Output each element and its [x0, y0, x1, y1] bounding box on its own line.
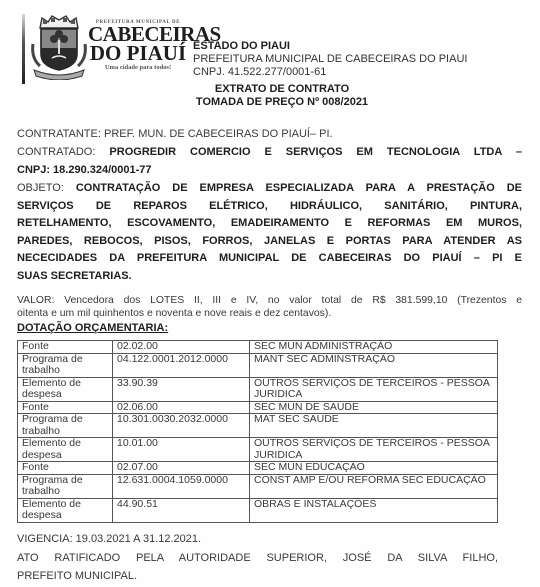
- budget-row: Elemento de despesa10.01.00OUTROS SERVIÇ…: [18, 438, 498, 462]
- contratante-value: PREF. MUN. DE CABECEIRAS DO PIAUÍ– PI.: [104, 128, 333, 140]
- valor-line1: VALOR: Vencedora dos LOTES II, III e IV,…: [17, 294, 522, 307]
- valor-block: VALOR: Vencedora dos LOTES II, III e IV,…: [17, 294, 522, 320]
- budget-row: Programa de trabalho12.631.0004.1059.000…: [18, 474, 498, 498]
- document-title: EXTRATO DE CONTRATO: [12, 83, 540, 95]
- objeto-text-5: SUAS SECRETARIAS.: [17, 270, 132, 282]
- budget-row: Fonte02.07.00SEC MUN EDUCAÇÃO: [18, 462, 498, 475]
- budget-description: OUTROS SERVIÇOS DE TERCEIROS - PESSOA JU…: [250, 438, 498, 462]
- budget-code: 02.02.00: [113, 341, 250, 354]
- contratado-cnpj: CNPJ: 18.290.324/0001-77: [17, 164, 152, 176]
- budget-description: MANT SEC ADMINSTRAÇÃO: [250, 353, 498, 377]
- ato-ratificado: ATO RATIFICADO PELA AUTORIDADE SUPERIOR,…: [17, 550, 498, 585]
- budget-code: 02.06.00: [113, 401, 250, 414]
- objeto-label: OBJETO:: [17, 182, 64, 194]
- budget-row: Programa de trabalho10.301.0030.2032.000…: [18, 414, 498, 438]
- budget-table: Fonte02.02.00SEC MUN ADMINISTRAÇÃOProgra…: [17, 340, 498, 523]
- budget-label: Fonte: [18, 341, 113, 354]
- vigencia: VIGENCIA: 19.03.2021 A 31.12.2021.: [17, 533, 201, 545]
- budget-code: 33.90.39: [113, 377, 250, 401]
- contratado-line1: CONTRATADO: PROGREDIR COMERCIO E SERVIÇO…: [17, 144, 522, 162]
- budget-label: Elemento de despesa: [18, 438, 113, 462]
- objeto-text-1: SERVIÇOS DE REPAROS ELÉTRICO, HIDRÁULICO…: [17, 200, 522, 212]
- budget-description: SEC MUN EDUCAÇÃO: [250, 462, 498, 475]
- budget-description: MAT SEC SAUDE: [250, 414, 498, 438]
- objeto-text-0: CONTRATAÇÃO DE EMPRESA ESPECIALIZADA PAR…: [76, 182, 522, 194]
- coat-of-arms-icon: [30, 14, 88, 80]
- contratado-block: CONTRATADO: PROGREDIR COMERCIO E SERVIÇO…: [17, 144, 522, 179]
- prefeitura-cnpj: CNPJ. 41.522.277/0001-61: [193, 66, 467, 79]
- budget-code: 02.07.00: [113, 462, 250, 475]
- budget-row: Fonte02.02.00SEC MUN ADMINISTRAÇÃO: [18, 341, 498, 354]
- logo-divider-bar: [22, 14, 25, 84]
- contratado-label: CONTRATADO:: [17, 146, 95, 158]
- budget-description: OBRAS E INSTALAÇÕES: [250, 498, 498, 522]
- budget-label: Programa de trabalho: [18, 414, 113, 438]
- budget-label: Fonte: [18, 401, 113, 414]
- budget-code: 10.01.00: [113, 438, 250, 462]
- budget-label: Elemento de despesa: [18, 498, 113, 522]
- budget-row: Programa de trabalho04.122.0001.2012.000…: [18, 353, 498, 377]
- logo-name-line2: DO PIAUÍ: [88, 44, 188, 63]
- document-page: PREFEITURA MUNICIPAL DE CABECEIRAS DO PI…: [0, 0, 540, 587]
- budget-label: Fonte: [18, 462, 113, 475]
- budget-description: CONST AMP E/OU REFORMA SEC EDUCAÇÃO: [250, 474, 498, 498]
- contratante-label: CONTRATANTE:: [17, 128, 101, 140]
- objeto-text-3: PAREDES, REBOCOS, PISOS, FORROS, JANELAS…: [17, 235, 522, 247]
- logo-tagline: Uma cidade para todos!: [88, 64, 188, 71]
- objeto-text-4: NECECIDADES DA PREFEITURA MUNICIPAL DE C…: [17, 252, 522, 264]
- budget-description: OUTROS SERVIÇOS DE TERCEIROS - PESSOA JU…: [250, 377, 498, 401]
- ato-line1: ATO RATIFICADO PELA AUTORIDADE SUPERIOR,…: [17, 550, 498, 568]
- budget-row: Elemento de despesa44.90.51OBRAS E INSTA…: [18, 498, 498, 522]
- budget-code: 44.90.51: [113, 498, 250, 522]
- budget-description: SEC MUN DE SAUDE: [250, 401, 498, 414]
- budget-label: Elemento de despesa: [18, 377, 113, 401]
- budget-row: Elemento de despesa33.90.39OUTROS SERVIÇ…: [18, 377, 498, 401]
- budget-code: 10.301.0030.2032.0000: [113, 414, 250, 438]
- budget-code: 12.631.0004.1059.0000: [113, 474, 250, 498]
- prefeitura-name: PREFEITURA MUNICIPAL DE CABECEIRAS DO PI…: [193, 53, 467, 66]
- objeto-line-0: OBJETO: CONTRATAÇÃO DE EMPRESA ESPECIALI…: [17, 180, 522, 198]
- budget-row: Fonte02.06.00SEC MUN DE SAUDE: [18, 401, 498, 414]
- document-subtitle: TOMADA DE PREÇO Nº 008/2021: [12, 96, 540, 108]
- logo-wordmark: PREFEITURA MUNICIPAL DE CABECEIRAS DO PI…: [88, 20, 188, 71]
- budget-code: 04.122.0001.2012.0000: [113, 353, 250, 377]
- objeto-block: OBJETO: CONTRATAÇÃO DE EMPRESA ESPECIALI…: [17, 180, 522, 286]
- state-name: ESTADO DO PIAUI: [193, 40, 467, 53]
- budget-description: SEC MUN ADMINISTRAÇÃO: [250, 341, 498, 354]
- budget-label: Programa de trabalho: [18, 474, 113, 498]
- valor-line2: oitenta e um mil quinhentos e noventa e …: [17, 307, 522, 320]
- contratado-value: PROGREDIR COMERCIO E SERVIÇOS EM TECNOLO…: [109, 146, 522, 158]
- objeto-text-2: RETELHAMENTO, ESCOVAMENTO, EMADEIRAMENTO…: [17, 217, 522, 229]
- contratante-line: CONTRATANTE: PREF. MUN. DE CABECEIRAS DO…: [17, 126, 522, 144]
- organization-header: ESTADO DO PIAUI PREFEITURA MUNICIPAL DE …: [193, 40, 467, 79]
- budget-label: Programa de trabalho: [18, 353, 113, 377]
- dotacao-title: DOTAÇÃO ORÇAMENTARIA:: [17, 322, 168, 334]
- ato-line2: PREFEITO MUNICIPAL.: [17, 568, 498, 586]
